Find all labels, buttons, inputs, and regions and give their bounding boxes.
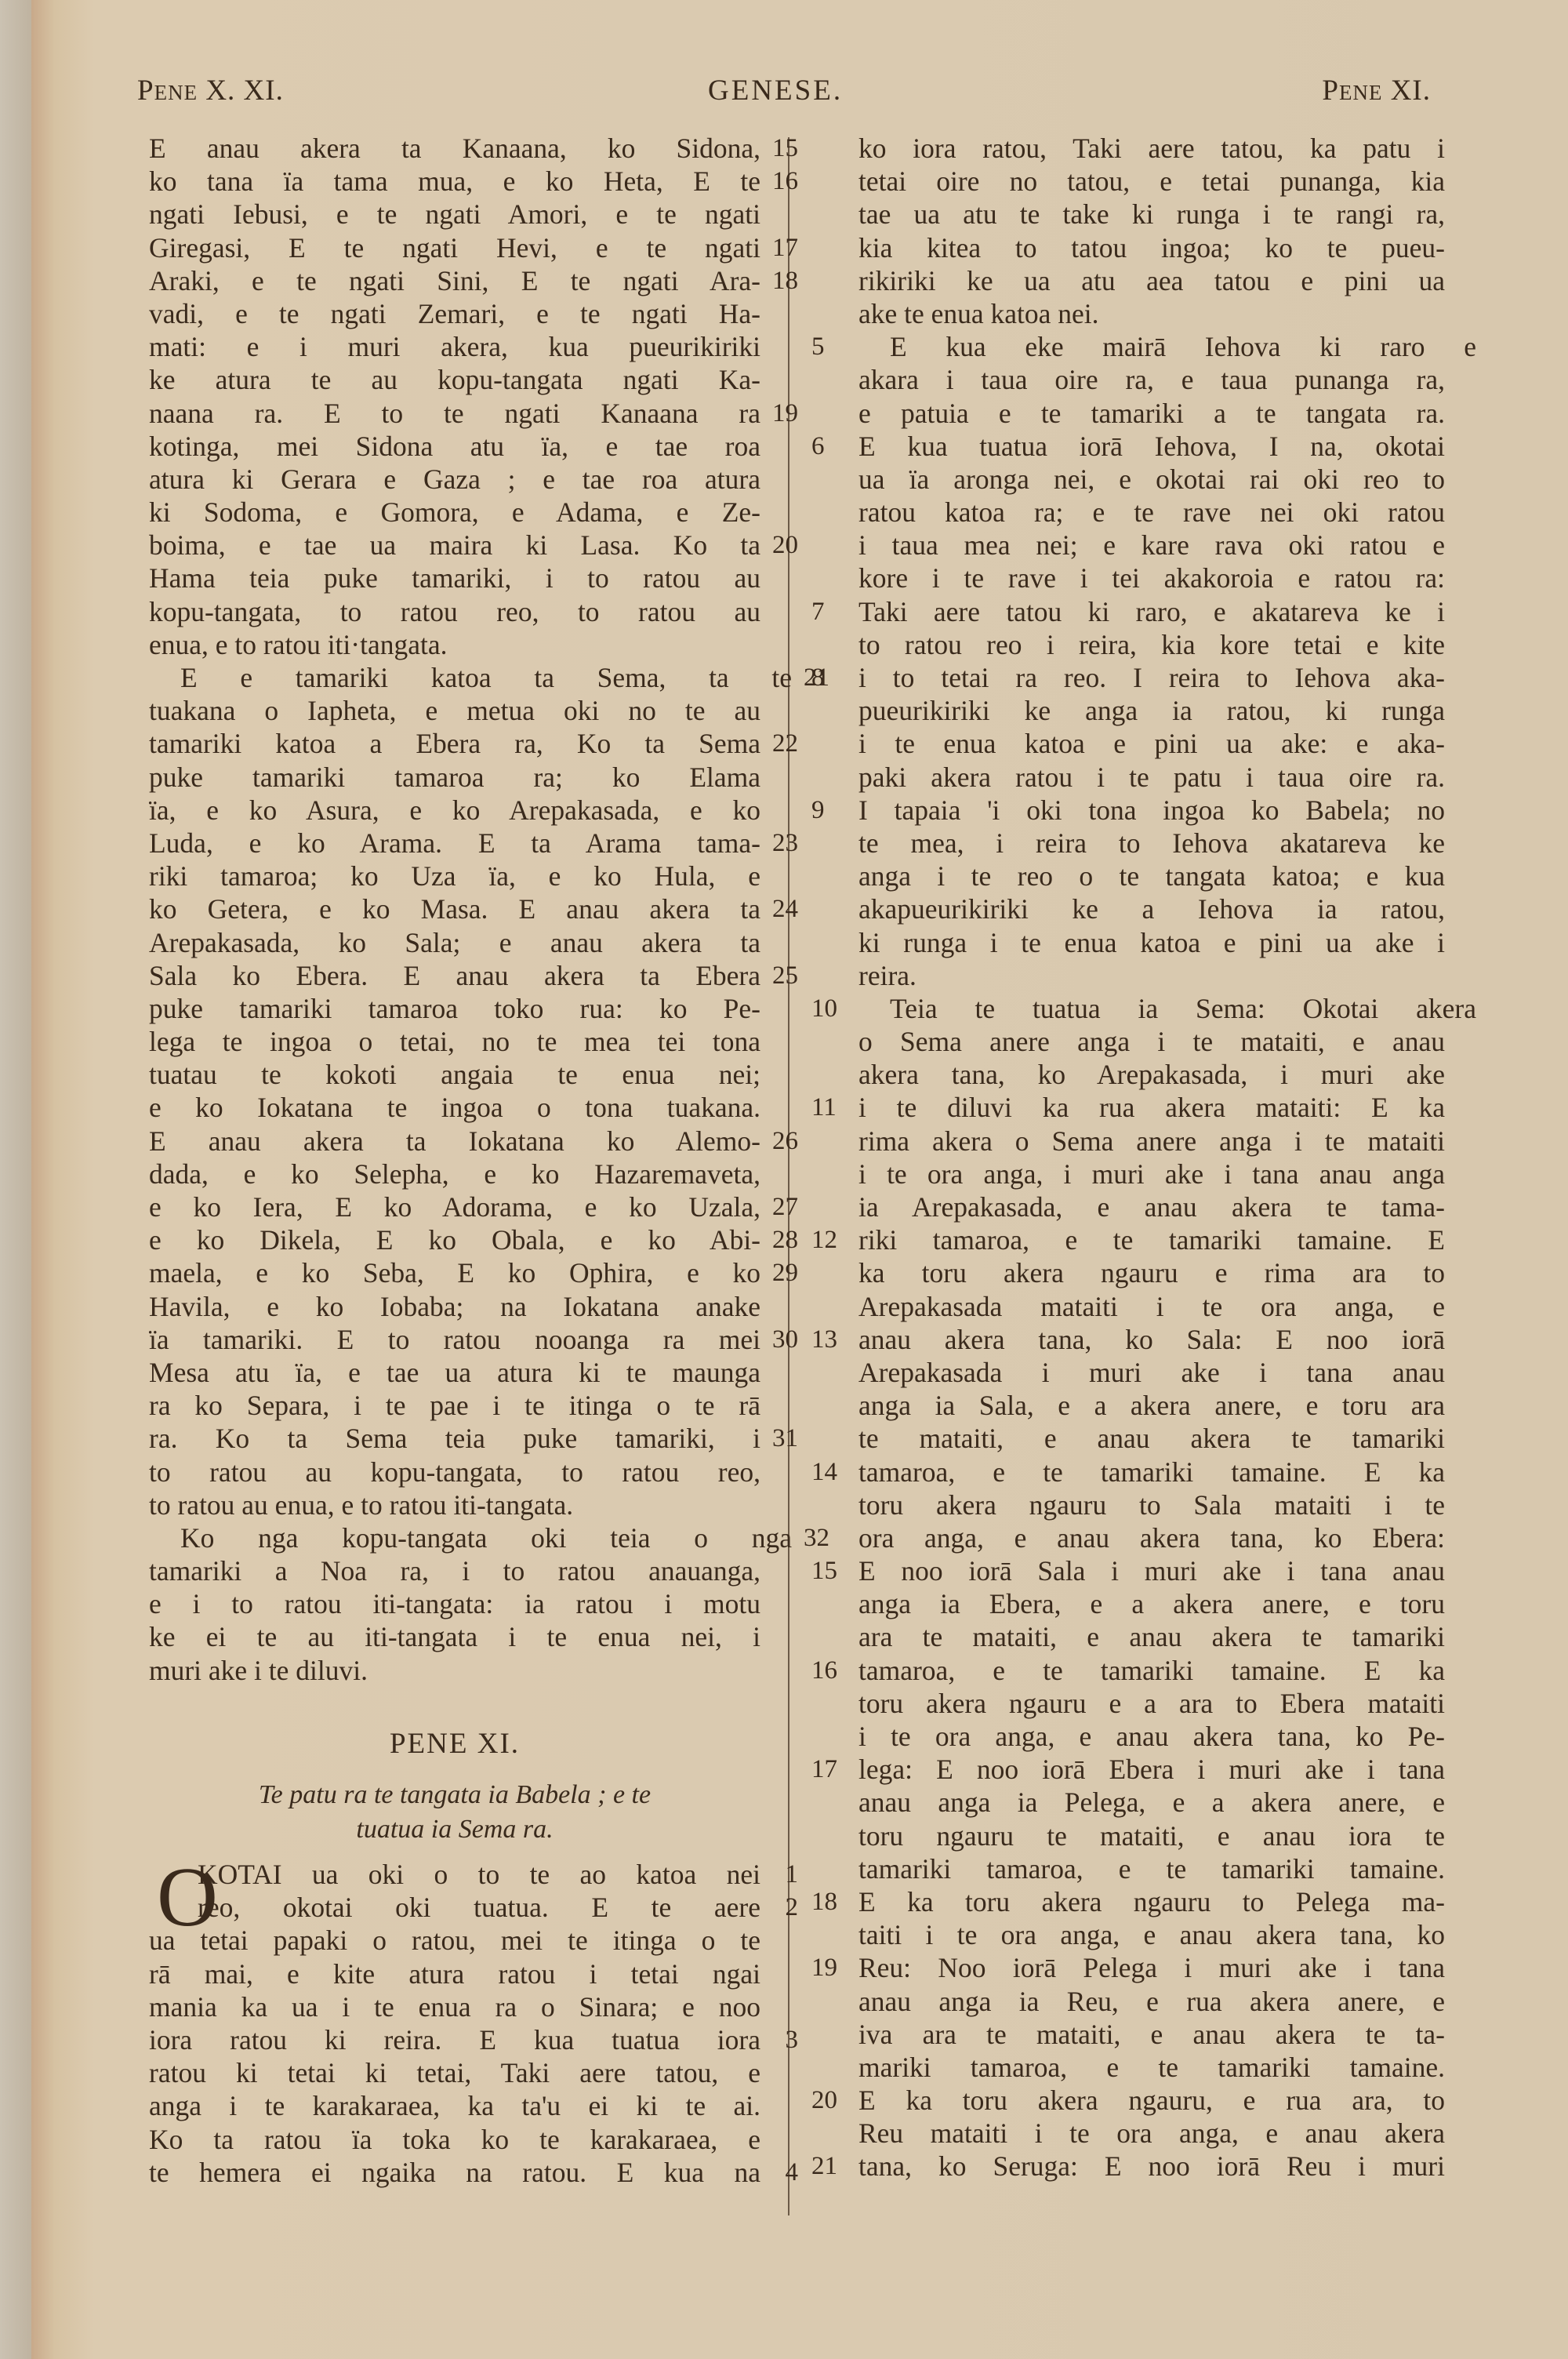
- text-line: ora anga, e anau akera tana, ko Ebera:: [858, 1521, 1445, 1554]
- line-text: ora anga, e anau akera tana, ko Ebera:: [858, 1522, 1445, 1554]
- chapter-heading: PENE XI.: [149, 1728, 760, 1761]
- line-text: toru ngauru te mataiti, e anau iora te: [858, 1820, 1445, 1852]
- verse-number: 1: [786, 1858, 799, 1891]
- text-line: to ratou au enua, e to ratou iti-tangata…: [149, 1488, 760, 1521]
- text-line: toru ngauru te mataiti, e anau iora te: [858, 1819, 1445, 1852]
- right-column: ko iora ratou, Taki aere tatou, ka patu …: [858, 132, 1446, 2183]
- text-line: Reu: Noo iorā Pelega i muri ake i tana19: [858, 1951, 1445, 1984]
- line-text: toru akera ngauru to Sala mataiti i te: [858, 1489, 1445, 1521]
- text-line: maela, e ko Seba, E ko Ophira, e ko29: [149, 1256, 760, 1289]
- text-line: ko Getera, e ko Masa. E anau akera ta24: [149, 892, 760, 925]
- text-line: tae ua atu te take ki runga i te rangi r…: [858, 198, 1445, 231]
- verse-number: 25: [772, 959, 798, 992]
- line-text: ra ko Separa, i te pae i te itinga o te …: [149, 1390, 760, 1421]
- text-line: Taki aere tatou ki raro, e akatareva ke …: [858, 595, 1445, 628]
- line-text: naana ra. E to te ngati Kanaana ra: [149, 398, 760, 429]
- text-line: i te enua katoa e pini ua ake: e aka-: [858, 727, 1445, 760]
- line-text: Giregasi, E te ngati Hevi, e te ngati: [149, 232, 760, 264]
- text-line: muri ake i te diluvi.: [149, 1654, 760, 1687]
- verse-number: 31: [772, 1422, 798, 1455]
- text-line: paki akera ratou i te patu i taua oire r…: [858, 761, 1445, 794]
- line-text: muri ake i te diluvi.: [149, 1655, 368, 1686]
- text-line: E anau akera ta Iokatana ko Alemo-26: [149, 1125, 760, 1158]
- line-text: te hemera ei ngaika na ratou. E kua na: [149, 2157, 760, 2188]
- verse-number: 15: [772, 132, 798, 165]
- line-text: tuakana o Iapheta, e metua oki no te au: [149, 695, 760, 726]
- text-line: dada, e ko Selepha, e ko Hazaremaveta,: [149, 1158, 760, 1190]
- line-text: kore i te rave i tei akakoroia e ratou r…: [858, 562, 1445, 594]
- text-line: e patuia e te tamariki a te tangata ra.: [858, 397, 1445, 430]
- verse-number: 32: [804, 1521, 829, 1554]
- line-text: E kua eke mairā Iehova ki raro e: [890, 331, 1476, 362]
- text-line: rima akera o Sema anere anga i te matait…: [858, 1125, 1445, 1158]
- verse-number: 2: [786, 1891, 799, 1924]
- line-text: I tapaia 'i oki tona ingoa ko Babela; no: [858, 794, 1445, 826]
- text-line: tuatau te kokoti angaia te enua nei;: [149, 1058, 760, 1091]
- line-text: i to tetai ra reo. I reira to Iehova aka…: [858, 662, 1445, 693]
- verse-number: 26: [772, 1125, 798, 1158]
- line-text: Arepakasada, ko Sala; e anau akera ta: [149, 927, 760, 958]
- text-line: Ko nga kopu-tangata oki teia o nga32: [149, 1521, 792, 1554]
- line-text: Teia te tuatua ia Sema: Okotai akera: [890, 993, 1476, 1024]
- text-line: tana, ko Seruga: E noo iorā Reu i muri21: [858, 2150, 1445, 2183]
- line-text: i te enua katoa e pini ua ake: e aka-: [858, 728, 1445, 759]
- line-text: to ratou au kopu-tangata, to ratou reo,: [149, 1456, 760, 1488]
- text-line: E ka toru akera ngauru, e rua ara, to20: [858, 2084, 1445, 2117]
- line-text: maela, e ko Seba, E ko Ophira, e ko: [149, 1257, 760, 1289]
- line-text: tana, ko Seruga: E noo iorā Reu i muri: [858, 2150, 1445, 2182]
- line-text: Araki, e te ngati Sini, E te ngati Ara-: [149, 265, 760, 296]
- line-text: te mataiti, e anau akera te tamariki: [858, 1423, 1445, 1454]
- text-line: ko iora ratou, Taki aere tatou, ka patu …: [858, 132, 1445, 165]
- line-text: puke tamariki tamaroa ra; ko Elama: [149, 761, 760, 793]
- line-text: KOTAI ua oki o to te ao katoa nei: [198, 1859, 760, 1890]
- line-text: E kua tuatua iorā Iehova, I na, okotai: [858, 431, 1445, 462]
- line-text: anau anga ia Reu, e rua akera anere, e: [858, 1986, 1445, 2017]
- line-text: anga ia Sala, e a akera anere, e toru ar…: [858, 1390, 1445, 1421]
- line-text: e ko Iokatana te ingoa o tona tuakana.: [149, 1092, 760, 1123]
- line-text: E anau akera ta Kanaana, ko Sidona,: [149, 133, 760, 164]
- text-line: naana ra. E to te ngati Kanaana ra19: [149, 397, 760, 430]
- text-line: riki tamaroa; ko Uza ïa, e ko Hula, e: [149, 860, 760, 892]
- text-line: Giregasi, E te ngati Hevi, e te ngati17: [149, 231, 760, 264]
- verse-number: 17: [811, 1753, 837, 1786]
- summary-line: Te patu ra te tangata ia Babela ; e te: [149, 1778, 760, 1812]
- text-line: Ko ta ratou ïa toka ko te karakaraea, e: [149, 2123, 760, 2156]
- verse-number: 21: [811, 2150, 837, 2183]
- line-text: Ko nga kopu-tangata oki teia o nga: [180, 1522, 792, 1554]
- text-line: ki runga i te enua katoa e pini ua ake i: [858, 926, 1445, 959]
- text-line: anga ia Sala, e a akera anere, e toru ar…: [858, 1389, 1445, 1422]
- text-line: boima, e tae ua maira ki Lasa. Ko ta20: [149, 529, 760, 562]
- text-line: ra ko Separa, i te pae i te itinga o te …: [149, 1389, 760, 1422]
- verse-number: 14: [811, 1456, 837, 1488]
- verse-number: 28: [772, 1223, 798, 1256]
- verse-number: 8: [811, 661, 825, 694]
- line-text: pueurikiriki ke anga ia ratou, ki runga: [858, 695, 1445, 726]
- line-text: anga i te reo o te tangata katoa; e kua: [858, 860, 1445, 892]
- line-text: anga i te karakaraea, ka ta'u ei ki te a…: [149, 2090, 760, 2121]
- verse-number: 3: [786, 2023, 799, 2056]
- verse-number: 17: [772, 231, 798, 264]
- line-text: enua, e to ratou iti·tangata.: [149, 629, 447, 660]
- left-column: E anau akera ta Kanaana, ko Sidona,15ko …: [149, 132, 776, 2189]
- line-text: i te diluvi ka rua akera mataiti: E ka: [858, 1092, 1445, 1123]
- chapter-summary: Te patu ra te tangata ia Babela ; e te t…: [149, 1778, 760, 1847]
- line-text: ki Sodoma, e Gomora, e Adama, e Ze-: [149, 496, 760, 528]
- line-text: anau anga ia Pelega, e a akera anere, e: [858, 1787, 1445, 1818]
- verse-number: 20: [811, 2084, 837, 2117]
- text-line: kopu-tangata, to ratou reo, to ratou au: [149, 595, 760, 628]
- verse-number: 4: [786, 2156, 799, 2189]
- text-line: ua tetai papaki o ratou, mei te itinga o…: [149, 1924, 760, 1957]
- verse-number: 22: [772, 727, 798, 760]
- text-line: Luda, e ko Arama. E ta Arama tama-23: [149, 827, 760, 860]
- line-text: paki akera ratou i te patu i taua oire r…: [858, 761, 1445, 793]
- line-text: kopu-tangata, to ratou reo, to ratou au: [149, 596, 760, 627]
- text-line: Hama teia puke tamariki, i to ratou au: [149, 562, 760, 594]
- text-line: taiti i te ora anga, e anau akera tana, …: [858, 1918, 1445, 1951]
- book-title: GENESE.: [708, 74, 843, 107]
- line-text: ratou katoa ra; e te rave nei oki ratou: [858, 496, 1445, 528]
- text-line: tamariki a Noa ra, i to ratou anauanga,: [149, 1554, 760, 1587]
- chapter-body: O KOTAI ua oki o to te ao katoa nei1reo,…: [149, 1858, 776, 2189]
- text-line: anga i te karakaraea, ka ta'u ei ki te a…: [149, 2089, 760, 2122]
- text-line: puke tamariki tamaroa toko rua: ko Pe-: [149, 992, 760, 1025]
- line-text: e ko Dikela, E ko Obala, e ko Abi-: [149, 1224, 760, 1256]
- text-line: anau anga ia Reu, e rua akera anere, e: [858, 1985, 1445, 2018]
- text-line: i taua mea nei; e kare rava oki ratou e: [858, 529, 1445, 562]
- text-line: akara i taua oire ra, e taua punanga ra,: [858, 363, 1445, 396]
- verse-number: 9: [811, 794, 825, 827]
- verse-number: 10: [811, 992, 837, 1025]
- text-line: i to tetai ra reo. I reira to Iehova aka…: [858, 661, 1445, 694]
- line-text: Sala ko Ebera. E anau akera ta Ebera: [149, 960, 760, 991]
- text-line: reira.: [858, 959, 1445, 992]
- text-line: ngati Iebusi, e te ngati Amori, e te nga…: [149, 198, 760, 231]
- verse-number: 27: [772, 1190, 798, 1223]
- line-text: ake te enua katoa nei.: [858, 298, 1099, 329]
- verse-number: 18: [811, 1885, 837, 1918]
- verse-number: 29: [772, 1256, 798, 1289]
- line-text: tuatau te kokoti angaia te enua nei;: [149, 1059, 760, 1090]
- text-line: tetai oire no tatou, e tetai punanga, ki…: [858, 165, 1445, 198]
- verse-number: 23: [772, 827, 798, 860]
- verse-number: 6: [811, 430, 825, 463]
- text-line: anga ia Ebera, e a akera anere, e toru: [858, 1587, 1445, 1620]
- text-line: KOTAI ua oki o to te ao katoa nei1: [149, 1858, 760, 1891]
- text-line: to ratou reo i reira, kia kore tetai e k…: [858, 628, 1445, 661]
- text-line: puke tamariki tamaroa ra; ko Elama: [149, 761, 760, 794]
- line-text: kia kitea to tatou ingoa; ko te pueu-: [858, 232, 1445, 264]
- verse-number: 13: [811, 1323, 837, 1356]
- line-text: reira.: [858, 960, 916, 991]
- text-line: lega te ingoa o tetai, no te mea tei ton…: [149, 1025, 760, 1058]
- text-line: E noo iorā Sala i muri ake i tana anau15: [858, 1554, 1445, 1587]
- line-text: rima akera o Sema anere anga i te matait…: [858, 1125, 1445, 1157]
- text-line: tamaroa, e te tamariki tamaine. E ka14: [858, 1456, 1445, 1488]
- text-line: rā mai, e kite atura ratou i tetai ngai: [149, 1957, 760, 1990]
- text-line: te hemera ei ngaika na ratou. E kua na4: [149, 2156, 760, 2189]
- line-text: lega: E noo iorā Ebera i muri ake i tana: [858, 1754, 1445, 1785]
- line-text: akapueurikiriki ke a Iehova ia ratou,: [858, 893, 1445, 925]
- line-text: ratou ki tetai ki tetai, Taki aere tatou…: [149, 2057, 760, 2088]
- running-head-right: PENE XI.: [1322, 74, 1431, 107]
- line-text: dada, e ko Selepha, e ko Hazaremaveta,: [149, 1158, 760, 1190]
- text-line: Havila, e ko Iobaba; na Iokatana anake: [149, 1290, 760, 1323]
- line-text: Ko ta ratou ïa toka ko te karakaraea, e: [149, 2124, 760, 2155]
- text-line: i te diluvi ka rua akera mataiti: E ka11: [858, 1091, 1445, 1124]
- text-line: E e tamariki katoa ta Sema, ta te21: [149, 661, 792, 694]
- line-text: E ka toru akera ngauru, e rua ara, to: [858, 2085, 1445, 2116]
- text-line: te mataiti, e anau akera te tamariki: [858, 1422, 1445, 1455]
- text-line: ïa, e ko Asura, e ko Arepakasada, e ko: [149, 794, 760, 827]
- text-line: mariki tamaroa, e te tamariki tamaine.: [858, 2051, 1445, 2084]
- text-line: i te ora anga, i muri ake i tana anau an…: [858, 1158, 1445, 1190]
- running-head-left: PENE X. XI.: [137, 74, 284, 107]
- text-line: E anau akera ta Kanaana, ko Sidona,15: [149, 132, 760, 165]
- text-line: Arepakasada i muri ake i tana anau: [858, 1356, 1445, 1389]
- text-line: akera tana, ko Arepakasada, i muri ake: [858, 1058, 1445, 1091]
- text-line: ake te enua katoa nei.: [858, 297, 1445, 330]
- line-text: Reu: Noo iorā Pelega i muri ake i tana: [858, 1952, 1445, 1983]
- line-text: Arepakasada i muri ake i tana anau: [858, 1357, 1445, 1388]
- text-line: ki Sodoma, e Gomora, e Adama, e Ze-: [149, 496, 760, 529]
- line-text: Mesa atu ïa, e tae ua atura ki te maunga: [149, 1357, 760, 1388]
- line-text: ka toru akera ngauru e rima ara to: [858, 1257, 1445, 1289]
- line-text: i te ora anga, i muri ake i tana anau an…: [858, 1158, 1445, 1190]
- line-text: Hama teia puke tamariki, i to ratou au: [149, 562, 760, 594]
- text-line: e ko Iokatana te ingoa o tona tuakana.: [149, 1091, 760, 1124]
- line-text: reo, okotai oki tuatua. E te aere: [198, 1892, 760, 1923]
- running-head: PENE X. XI. GENESE. PENE XI.: [137, 74, 1431, 113]
- text-line: anau akera tana, ko Sala: E noo iorā13: [858, 1323, 1445, 1356]
- line-text: riki tamaroa; ko Uza ïa, e ko Hula, e: [149, 860, 760, 892]
- text-line: enua, e to ratou iti·tangata.: [149, 628, 760, 661]
- text-line: rikiriki ke ua atu aea tatou e pini ua: [858, 264, 1445, 297]
- text-line: riki tamaroa, e te tamariki tamaine. E12: [858, 1223, 1445, 1256]
- line-text: tamariki katoa a Ebera ra, Ko ta Sema: [149, 728, 760, 759]
- text-line: i te ora anga, e anau akera tana, ko Pe-: [858, 1720, 1445, 1753]
- verse-number: 7: [811, 595, 825, 628]
- line-text: ïa tamariki. E to ratou nooanga ra mei: [149, 1324, 760, 1355]
- verse-number: 16: [772, 165, 798, 198]
- text-line: kotinga, mei Sidona atu ïa, e tae roa: [149, 430, 760, 463]
- line-text: ua tetai papaki o ratou, mei te itinga o…: [149, 1925, 760, 1956]
- text-line: Reu mataiti i te ora anga, e anau akera: [858, 2117, 1445, 2150]
- text-line: mania ka ua i te enua ra o Sinara; e noo: [149, 1990, 760, 2023]
- line-text: tamariki tamaroa, e te tamariki tamaine.: [858, 1853, 1445, 1885]
- text-line: anau anga ia Pelega, e a akera anere, e: [858, 1786, 1445, 1819]
- text-line: tamaroa, e te tamariki tamaine. E ka16: [858, 1654, 1445, 1687]
- text-line: ko tana ïa tama mua, e ko Heta, E te16: [149, 165, 760, 198]
- text-line: I tapaia 'i oki tona ingoa ko Babela; no…: [858, 794, 1445, 827]
- line-text: mania ka ua i te enua ra o Sinara; e noo: [149, 1991, 760, 2023]
- text-line: anga i te reo o te tangata katoa; e kua: [858, 860, 1445, 892]
- line-text: ara te mataiti, e anau akera te tamariki: [858, 1621, 1445, 1652]
- text-line: ke atura te au kopu-tangata ngati Ka-: [149, 363, 760, 396]
- text-line: e i to ratou iti-tangata: ia ratou i mot…: [149, 1587, 760, 1620]
- text-line: reo, okotai oki tuatua. E te aere2: [149, 1891, 760, 1924]
- line-text: to ratou au enua, e to ratou iti-tangata…: [149, 1489, 573, 1521]
- text-line: Teia te tuatua ia Sema: Okotai akera10: [858, 992, 1476, 1025]
- text-line: ara te mataiti, e anau akera te tamariki: [858, 1620, 1445, 1653]
- text-line: E kua eke mairā Iehova ki raro e5: [858, 330, 1476, 363]
- line-text: ngati Iebusi, e te ngati Amori, e te nga…: [149, 198, 760, 230]
- line-text: E noo iorā Sala i muri ake i tana anau: [858, 1555, 1445, 1587]
- text-line: kia kitea to tatou ingoa; ko te pueu-: [858, 231, 1445, 264]
- text-line: tamariki tamaroa, e te tamariki tamaine.: [858, 1852, 1445, 1885]
- text-line: akapueurikiriki ke a Iehova ia ratou,: [858, 892, 1445, 925]
- text-line: e ko Dikela, E ko Obala, e ko Abi-28: [149, 1223, 760, 1256]
- text-line: Mesa atu ïa, e tae ua atura ki te maunga: [149, 1356, 760, 1389]
- line-text: tamaroa, e te tamariki tamaine. E ka: [858, 1655, 1445, 1686]
- verse-number: 11: [811, 1091, 837, 1124]
- text-line: o Sema anere anga i te mataiti, e anau: [858, 1025, 1445, 1058]
- text-line: iva ara te mataiti, e anau akera te ta-: [858, 2018, 1445, 2051]
- line-text: kotinga, mei Sidona atu ïa, e tae roa: [149, 431, 760, 462]
- line-text: ra. Ko ta Sema teia puke tamariki, i: [149, 1423, 760, 1454]
- line-text: tamaroa, e te tamariki tamaine. E ka: [858, 1456, 1445, 1488]
- text-line: ua ïa aronga nei, e okotai rai oki reo t…: [858, 463, 1445, 496]
- line-text: iora ratou ki reira. E kua tuatua iora: [149, 2024, 760, 2055]
- line-text: e ko Iera, E ko Adorama, e ko Uzala,: [149, 1191, 760, 1223]
- line-text: i te ora anga, e anau akera tana, ko Pe-: [858, 1721, 1445, 1752]
- line-text: mati: e i muri akera, kua pueurikiriki: [149, 331, 760, 362]
- line-text: riki tamaroa, e te tamariki tamaine. E: [858, 1224, 1445, 1256]
- text-line: te mea, i reira to Iehova akatareva ke: [858, 827, 1445, 860]
- line-text: e patuia e te tamariki a te tangata ra.: [858, 398, 1445, 429]
- verse-number: 16: [811, 1654, 837, 1687]
- line-text: rā mai, e kite atura ratou i tetai ngai: [149, 1958, 760, 1990]
- text-line: toru akera ngauru e a ara to Ebera matai…: [858, 1687, 1445, 1720]
- verse-number: 24: [772, 892, 798, 925]
- text-line: Sala ko Ebera. E anau akera ta Ebera25: [149, 959, 760, 992]
- line-text: ke atura te au kopu-tangata ngati Ka-: [149, 364, 760, 395]
- line-text: o Sema anere anga i te mataiti, e anau: [858, 1026, 1445, 1057]
- line-text: ïa, e ko Asura, e ko Arepakasada, e ko: [149, 794, 760, 826]
- text-line: ka toru akera ngauru e rima ara to: [858, 1256, 1445, 1289]
- line-text: to ratou reo i reira, kia kore tetai e k…: [858, 629, 1445, 660]
- line-text: ia Arepakasada, e anau akera te tama-: [858, 1191, 1445, 1223]
- line-text: akara i taua oire ra, e taua punanga ra,: [858, 364, 1445, 395]
- line-text: atura ki Gerara e Gaza ; e tae roa atura: [149, 463, 760, 495]
- line-text: tetai oire no tatou, e tetai punanga, ki…: [858, 165, 1445, 197]
- line-text: Arepakasada mataiti i te ora anga, e: [858, 1291, 1445, 1322]
- text-line: e ko Iera, E ko Adorama, e ko Uzala,27: [149, 1190, 760, 1223]
- text-line: Arepakasada mataiti i te ora anga, e: [858, 1290, 1445, 1323]
- text-line: tuakana o Iapheta, e metua oki no te au: [149, 694, 760, 727]
- line-text: ki runga i te enua katoa e pini ua ake i: [858, 927, 1445, 958]
- line-text: anga ia Ebera, e a akera anere, e toru: [858, 1588, 1445, 1619]
- text-line: atura ki Gerara e Gaza ; e tae roa atura: [149, 463, 760, 496]
- text-line: Araki, e te ngati Sini, E te ngati Ara-1…: [149, 264, 760, 297]
- line-text: Luda, e ko Arama. E ta Arama tama-: [149, 827, 760, 859]
- verse-number: 18: [772, 264, 798, 297]
- line-text: e i to ratou iti-tangata: ia ratou i mot…: [149, 1588, 760, 1619]
- line-text: rikiriki ke ua atu aea tatou e pini ua: [858, 265, 1445, 296]
- line-text: tamariki a Noa ra, i to ratou anauanga,: [149, 1555, 760, 1587]
- line-text: vadi, e te ngati Zemari, e te ngati Ha-: [149, 298, 760, 329]
- line-text: E ka toru akera ngauru to Pelega ma-: [858, 1886, 1445, 1917]
- verse-number: 12: [811, 1223, 837, 1256]
- verse-number: 20: [772, 529, 798, 562]
- line-text: ko tana ïa tama mua, e ko Heta, E te: [149, 165, 760, 197]
- text-line: ïa tamariki. E to ratou nooanga ra mei30: [149, 1323, 760, 1356]
- line-text: taiti i te ora anga, e anau akera tana, …: [858, 1919, 1445, 1950]
- line-text: anau akera tana, ko Sala: E noo iorā: [858, 1324, 1445, 1355]
- verse-number: 19: [772, 397, 798, 430]
- text-line: E ka toru akera ngauru to Pelega ma-18: [858, 1885, 1445, 1918]
- line-text: E anau akera ta Iokatana ko Alemo-: [149, 1125, 760, 1157]
- text-line: lega: E noo iorā Ebera i muri ake i tana…: [858, 1753, 1445, 1786]
- line-text: Taki aere tatou ki raro, e akatareva ke …: [858, 596, 1445, 627]
- line-text: toru akera ngauru e a ara to Ebera matai…: [858, 1688, 1445, 1719]
- verse-number: 19: [811, 1951, 837, 1984]
- summary-line: tuatua ia Sema ra.: [149, 1812, 760, 1847]
- verse-number: 30: [772, 1323, 798, 1356]
- adjacent-page-edge: [0, 0, 31, 2359]
- line-text: tae ua atu te take ki runga i te rangi r…: [858, 198, 1445, 230]
- line-text: puke tamariki tamaroa toko rua: ko Pe-: [149, 993, 760, 1024]
- text-line: vadi, e te ngati Zemari, e te ngati Ha-: [149, 297, 760, 330]
- line-text: ua ïa aronga nei, e okotai rai oki reo t…: [858, 463, 1445, 495]
- line-text: akera tana, ko Arepakasada, i muri ake: [858, 1059, 1445, 1090]
- text-line: kore i te rave i tei akakoroia e ratou r…: [858, 562, 1445, 594]
- text-line: ra. Ko ta Sema teia puke tamariki, i31: [149, 1422, 760, 1455]
- text-line: tamariki katoa a Ebera ra, Ko ta Sema22: [149, 727, 760, 760]
- line-text: iva ara te mataiti, e anau akera te ta-: [858, 2019, 1445, 2050]
- line-text: boima, e tae ua maira ki Lasa. Ko ta: [149, 529, 760, 561]
- line-text: i taua mea nei; e kare rava oki ratou e: [858, 529, 1445, 561]
- book-page: PENE X. XI. GENESE. PENE XI. E anau aker…: [0, 0, 1568, 2359]
- line-text: ke ei te au iti-tangata i te enua nei, i: [149, 1621, 760, 1652]
- text-line: ia Arepakasada, e anau akera te tama-: [858, 1190, 1445, 1223]
- line-text: ko Getera, e ko Masa. E anau akera ta: [149, 893, 760, 925]
- text-line: Arepakasada, ko Sala; e anau akera ta: [149, 926, 760, 959]
- verse-number: 5: [811, 330, 825, 363]
- line-text: E e tamariki katoa ta Sema, ta te: [180, 662, 792, 693]
- text-line: to ratou au kopu-tangata, to ratou reo,: [149, 1456, 760, 1488]
- text-line: ratou ki tetai ki tetai, Taki aere tatou…: [149, 2056, 760, 2089]
- text-line: mati: e i muri akera, kua pueurikiriki: [149, 330, 760, 363]
- verse-number: 15: [811, 1554, 837, 1587]
- line-text: ko iora ratou, Taki aere tatou, ka patu …: [858, 133, 1445, 164]
- text-line: iora ratou ki reira. E kua tuatua iora3: [149, 2023, 760, 2056]
- line-text: lega te ingoa o tetai, no te mea tei ton…: [149, 1026, 760, 1057]
- line-text: mariki tamaroa, e te tamariki tamaine.: [858, 2052, 1445, 2083]
- line-text: Havila, e ko Iobaba; na Iokatana anake: [149, 1291, 760, 1322]
- text-line: pueurikiriki ke anga ia ratou, ki runga: [858, 694, 1445, 727]
- line-text: te mea, i reira to Iehova akatareva ke: [858, 827, 1445, 859]
- line-text: Reu mataiti i te ora anga, e anau akera: [858, 2117, 1445, 2149]
- text-line: ke ei te au iti-tangata i te enua nei, i: [149, 1620, 760, 1653]
- text-line: E kua tuatua iorā Iehova, I na, okotai6: [858, 430, 1445, 463]
- text-line: ratou katoa ra; e te rave nei oki ratou: [858, 496, 1445, 529]
- text-line: toru akera ngauru to Sala mataiti i te: [858, 1488, 1445, 1521]
